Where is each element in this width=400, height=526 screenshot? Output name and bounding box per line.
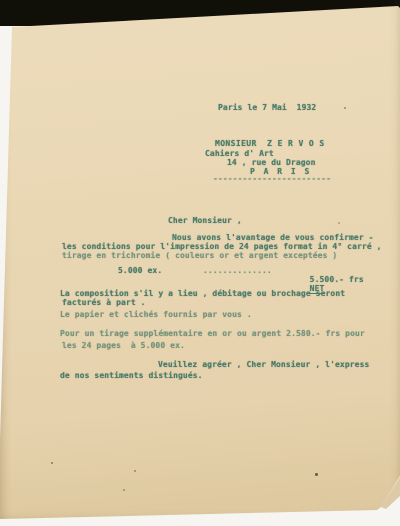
salutation: Cher Monsieur , xyxy=(168,216,242,225)
date-line: Paris le 7 Mai 1932 xyxy=(218,103,316,112)
paragraph3: Le papier et clichés fournis par vous . xyxy=(60,310,252,319)
recipient-street: 14 , rue du Dragon xyxy=(227,158,316,167)
paragraph1-line3: tirage en trichromie ( couleurs or et ar… xyxy=(62,251,337,260)
closing-line2: de nos sentiments distingués. xyxy=(60,371,203,380)
paper-speck xyxy=(51,462,53,464)
paper-speck xyxy=(315,473,318,476)
recipient-org: Cahiers d' Art xyxy=(205,149,274,158)
paragraph2-line1: La composition s'il y a lieu , débitage … xyxy=(60,289,345,298)
price-dots: .............. xyxy=(203,266,272,275)
recipient-underline: ------------------------ xyxy=(213,174,331,183)
paragraph2-line2: facturés à part . xyxy=(62,298,146,307)
paragraph4-line2: les 24 pages à 5.000 ex. xyxy=(62,341,185,350)
price-quantity: 5.000 ex. xyxy=(118,266,162,275)
recipient-name: MONSIEUR Z E R V O S xyxy=(215,139,325,148)
closing-line1: Veuillez agréer , Cher Monsieur , l'expr… xyxy=(158,360,369,369)
paragraph4-line1: Pour un tirage supplémentaire en or ou a… xyxy=(60,329,365,338)
paper-speck xyxy=(134,470,136,472)
paragraph1-line1: Nous avons l'avantage de vous confirmer … xyxy=(172,233,374,242)
paper-speck xyxy=(123,489,125,491)
paragraph1-line2: les conditions pour l'impression de 24 p… xyxy=(62,242,382,251)
letter-paper: Paris le 7 Mai 1932 MONSIEUR Z E R V O S… xyxy=(0,0,400,526)
paper-speck xyxy=(338,222,340,224)
price-amount-value: 5.500.- frs xyxy=(310,275,364,284)
paper-speck xyxy=(344,107,346,109)
